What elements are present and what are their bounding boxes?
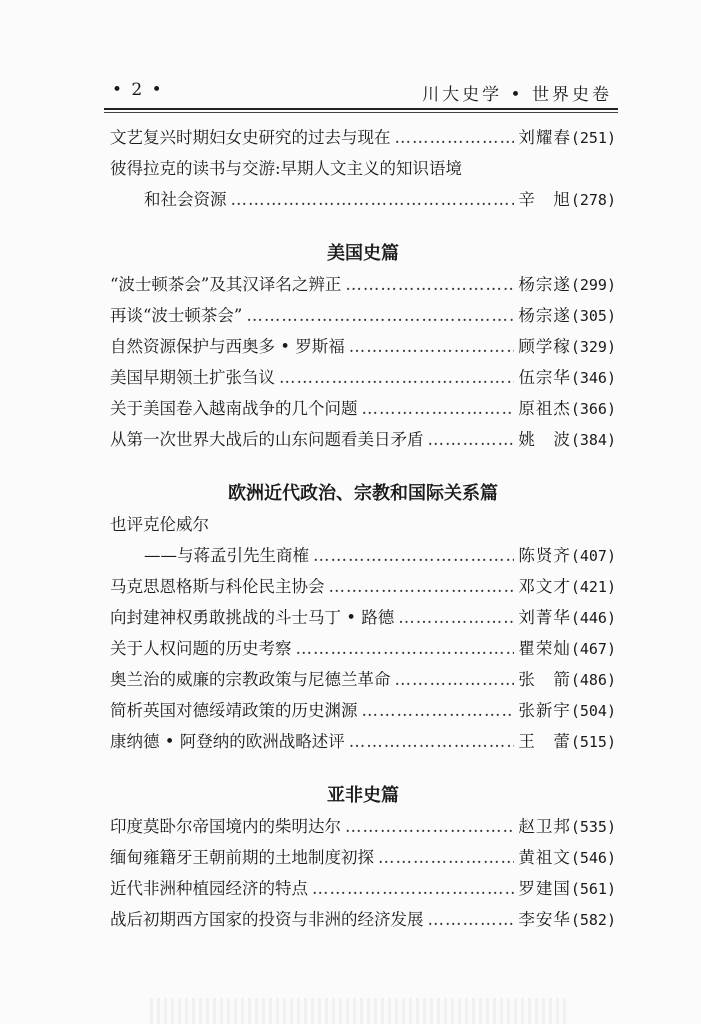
toc-entry: 向封建神权勇敢挑战的斗士马丁 • 路德 刘菁华 (446) [110,604,616,635]
entry-author: 杨宗遂 [518,302,571,326]
entry-title: 印度莫卧尔帝国境内的柴明达尔 [110,813,341,837]
entry-title: 简析英国对德绥靖政策的历史渊源 [110,697,358,721]
leader-dots [246,306,514,325]
entry-author: 张 箭 [518,666,571,690]
leader-dots [395,670,515,689]
entry-title: 关于美国卷入越南战争的几个问题 [110,395,358,419]
entry-title: 奥兰治的威廉的宗教政策与尼德兰革命 [110,666,391,690]
entry-title: 自然资源保护与西奥多 • 罗斯福 [110,333,345,357]
entry-page: (421) [571,578,616,596]
page-number: • 2 • [112,80,164,100]
entry-title: 关于人权问题的历史考察 [110,635,292,659]
entry-author: 陈贤齐 [518,542,571,566]
leader-dots [349,732,515,751]
leader-dots [231,190,515,209]
scan-noise [150,998,570,1024]
leader-dots [312,879,514,898]
entry-author: 罗建国 [518,875,571,899]
toc-entry: 和社会资源 辛 旭 (278) [110,186,616,217]
leader-dots [345,817,514,836]
entry-author: 伍宗华 [518,364,571,388]
leader-dots [349,337,515,356]
section-heading-asia-africa-history: 亚非史篇 [110,779,616,813]
toc-entry: 从第一次世界大战后的山东问题看美日矛盾 姚 波 (384) [110,426,616,457]
entry-author: 原祖杰 [518,395,571,419]
entry-author: 张新宇 [518,697,571,721]
toc-entry: 马克思恩格斯与科伦民主协会 邓文才 (421) [110,573,616,604]
leader-dots [362,399,515,418]
entry-title: 战后初期西方国家的投资与非洲的经济发展 [110,906,424,930]
leader-dots [395,128,515,147]
leader-dots [398,608,514,627]
toc-entry: “波士顿茶会”及其汉译名之辨正 杨宗遂 (299) [110,271,616,302]
entry-page: (346) [571,369,616,387]
entry-title: 马克思恩格斯与科伦民主协会 [110,573,325,597]
section-heading-european-history: 欧洲近代政治、宗教和国际关系篇 [110,477,616,511]
entry-page: (546) [571,849,616,867]
entry-title: 从第一次世界大战后的山东问题看美日矛盾 [110,426,424,450]
book-title: 川大史学 • 世界史卷 [422,80,612,105]
entry-page: (561) [571,880,616,898]
leader-dots [279,368,514,387]
toc-entry: 美国早期领土扩张刍议 伍宗华 (346) [110,364,616,395]
toc-entry: 印度莫卧尔帝国境内的柴明达尔 赵卫邦 (535) [110,813,616,844]
leader-dots [345,275,514,294]
entry-page: (486) [571,671,616,689]
toc-entry: 奥兰治的威廉的宗教政策与尼德兰革命 张 箭 (486) [110,666,616,697]
entry-title-line1: 彼得拉克的读书与交游:早期人文主义的知识语境 [110,155,616,186]
entry-page: (299) [571,276,616,294]
entry-page: (366) [571,400,616,418]
entry-author: 杨宗遂 [518,271,571,295]
toc-entry: 战后初期西方国家的投资与非洲的经济发展 李安华 (582) [110,906,616,937]
entry-title: 康纳德 • 阿登纳的欧洲战略述评 [110,728,345,752]
toc-entry: 关于美国卷入越南战争的几个问题 原祖杰 (366) [110,395,616,426]
toc-entry: 关于人权问题的历史考察 瞿荣灿 (467) [110,635,616,666]
entry-title: 缅甸雍籍牙王朝前期的土地制度初探 [110,844,374,868]
leader-dots [362,701,515,720]
entry-page: (305) [571,307,616,325]
section-heading-american-history: 美国史篇 [110,237,616,271]
entry-title: 向封建神权勇敢挑战的斗士马丁 • 路德 [110,604,394,628]
entry-page: (251) [571,129,616,147]
entry-author: 黄祖文 [518,844,571,868]
entry-page: (467) [571,640,616,658]
running-header: • 2 • 川大史学 • 世界史卷 [112,78,612,106]
entry-page: (384) [571,431,616,449]
entry-page: (329) [571,338,616,356]
toc-entry: 文艺复兴时期妇女史研究的过去与现在 刘耀春 (251) [110,124,616,155]
entry-author: 辛 旭 [518,186,571,210]
table-of-contents: 文艺复兴时期妇女史研究的过去与现在 刘耀春 (251) 彼得拉克的读书与交游:早… [110,124,616,937]
entry-author: 瞿荣灿 [518,635,571,659]
toc-entry: ——与蒋孟引先生商榷 陈贤齐 (407) [110,542,616,573]
entry-author: 王 蕾 [518,728,571,752]
entry-page: (515) [571,733,616,751]
header-rule [104,108,618,110]
entry-title: 美国早期领土扩张刍议 [110,364,275,388]
entry-page: (582) [571,911,616,929]
entry-page: (446) [571,609,616,627]
leader-dots [378,848,514,867]
entry-title: 和社会资源 [144,186,227,210]
entry-title: “波士顿茶会”及其汉译名之辨正 [110,271,341,295]
entry-page: (504) [571,702,616,720]
entry-title-line1: 也评克伦威尔 [110,511,616,542]
entry-page: (535) [571,818,616,836]
entry-author: 赵卫邦 [518,813,571,837]
toc-entry: 康纳德 • 阿登纳的欧洲战略述评 王 蕾 (515) [110,728,616,759]
entry-author: 李安华 [518,906,571,930]
entry-author: 刘菁华 [518,604,571,628]
toc-entry: 简析英国对德绥靖政策的历史渊源 张新宇 (504) [110,697,616,728]
entry-page: (407) [571,547,616,565]
toc-entry: 缅甸雍籍牙王朝前期的土地制度初探 黄祖文 (546) [110,844,616,875]
header-rule-thin [104,112,618,113]
leader-dots [313,546,514,565]
toc-entry: 再谈“波士顿茶会” 杨宗遂 (305) [110,302,616,333]
leader-dots [296,639,515,658]
toc-entry: 自然资源保护与西奥多 • 罗斯福 顾学稼 (329) [110,333,616,364]
entry-author: 刘耀春 [518,124,571,148]
leader-dots [428,430,515,449]
entry-title: 文艺复兴时期妇女史研究的过去与现在 [110,124,391,148]
entry-author: 姚 波 [518,426,571,450]
entry-title: 再谈“波士顿茶会” [110,302,242,326]
toc-entry: 近代非洲种植园经济的特点 罗建国 (561) [110,875,616,906]
entry-title: ——与蒋孟引先生商榷 [144,542,309,566]
leader-dots [428,910,515,929]
entry-title: 近代非洲种植园经济的特点 [110,875,308,899]
entry-author: 邓文才 [518,573,571,597]
entry-author: 顾学稼 [518,333,571,357]
entry-page: (278) [571,191,616,209]
leader-dots [329,577,515,596]
